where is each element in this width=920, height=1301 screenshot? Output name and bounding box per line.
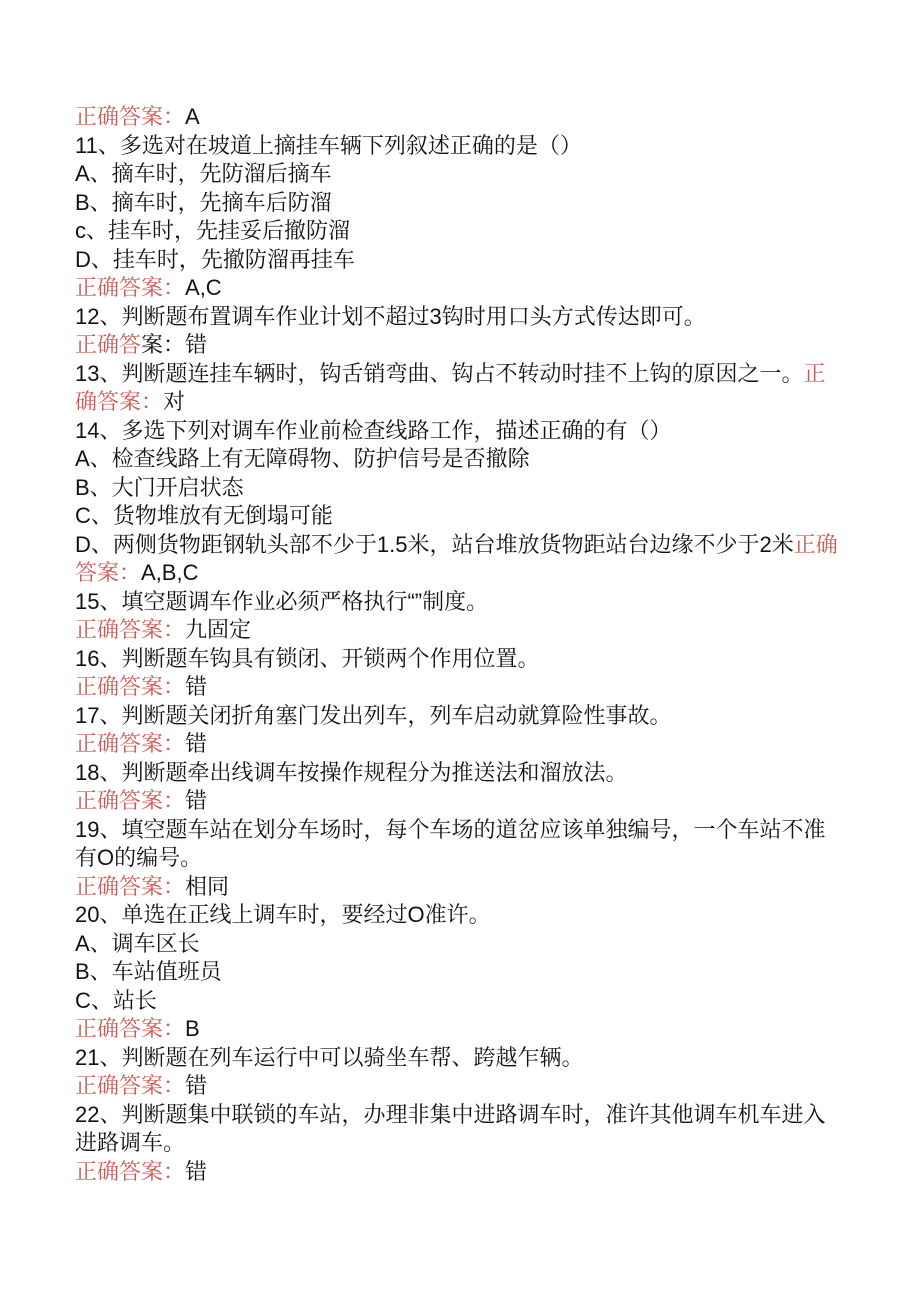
body-text: C、货物堆放有无倒塌可能 — [75, 503, 333, 528]
body-text: B — [185, 1016, 200, 1041]
body-text: 14、多选下列对调车作业前检查线路工作，描述正确的有（） — [75, 418, 671, 443]
question-list: 正确答案：A11、多选对在坡道上摘挂车辆下列叙述正确的是（）A、摘车时，先防溜后… — [75, 103, 838, 1186]
text-line: 正确答案：A — [75, 103, 838, 132]
text-line: 正确答案：错 — [75, 673, 838, 702]
text-line: 20、单选在正线上调车时，要经过O准许。 — [75, 901, 838, 930]
answer-label-text: 正确答案： — [75, 275, 185, 300]
body-text: D、挂车时，先撤防溜再挂车 — [75, 247, 355, 272]
body-text: A、检查线路上有无障碍物、防护信号是否撤除 — [75, 446, 530, 471]
text-line: c、挂车时，先挂妥后撤防溜 — [75, 217, 838, 246]
text-line: 正确答案：错 — [75, 787, 838, 816]
text-line: 17、判断题关闭折角塞门发出列车，列车启动就算险性事故。 — [75, 702, 838, 731]
answer-label-text: 正确答案： — [75, 104, 185, 129]
text-line: 正确答案：A,C — [75, 274, 838, 303]
text-line: 正确答案：九固定 — [75, 616, 838, 645]
text-line: A、摘车时，先防溜后摘车 — [75, 160, 838, 189]
text-line: 18、判断题牵出线调车按操作规程分为推送法和溜放法。 — [75, 759, 838, 788]
text-line: 13、判断题连挂车辆时，钩舌销弯曲、钩占不转动时挂不上钩的原因之一。正 — [75, 360, 838, 389]
answer-label-text: 正 — [803, 361, 825, 386]
body-text: A,C — [185, 275, 222, 300]
body-text: c、挂车时，先挂妥后撤防溜 — [75, 218, 350, 243]
body-text: D、两侧货物距钢轨头部不少于1.5米，站台堆放货物距站台边缘不少于2米 — [75, 532, 794, 557]
text-line: C、站长 — [75, 987, 838, 1016]
text-line: C、货物堆放有无倒塌可能 — [75, 502, 838, 531]
text-line: D、两侧货物距钢轨头部不少于1.5米，站台堆放货物距站台边缘不少于2米正确 — [75, 531, 838, 560]
text-line: 22、判断题集中联锁的车站，办理非集中进路调车时，准许其他调车机车进入 — [75, 1101, 838, 1130]
answer-label-text: 正确答案： — [75, 874, 185, 899]
body-text: B、车站值班员 — [75, 959, 222, 984]
body-text: 13、判断题连挂车辆时，钩舌销弯曲、钩占不转动时挂不上钩的原因之一。 — [75, 361, 803, 386]
body-text: 九固定 — [185, 617, 251, 642]
text-line: 答案：A,B,C — [75, 559, 838, 588]
text-line: 19、填空题车站在划分车场时，每个车场的道岔应该单独编号，一个车站不准 — [75, 816, 838, 845]
body-text: 相同 — [185, 874, 229, 899]
text-line: D、挂车时，先撤防溜再挂车 — [75, 246, 838, 275]
body-text: 有O的编号。 — [75, 845, 202, 870]
answer-label-text: 正确答 — [75, 332, 141, 357]
body-text: 案：错 — [141, 332, 207, 357]
text-line: 16、判断题车钩具有锁闭、开锁两个作用位置。 — [75, 645, 838, 674]
body-text: 19、填空题车站在划分车场时，每个车场的道岔应该单独编号，一个车站不准 — [75, 817, 825, 842]
text-line: 15、填空题调车作业必须严格执行“”制度。 — [75, 588, 838, 617]
text-line: 确答案：对 — [75, 388, 838, 417]
answer-label-text: 正确答案： — [75, 1159, 185, 1184]
answer-label-text: 正确答案： — [75, 617, 185, 642]
answer-label-text: 答案： — [75, 560, 141, 585]
body-text: 21、判断题在列车运行中可以骑坐车帮、跨越乍辆。 — [75, 1045, 583, 1070]
text-line: 正确答案：错 — [75, 730, 838, 759]
text-line: B、大门开启状态 — [75, 474, 838, 503]
text-line: 正确答案：相同 — [75, 873, 838, 902]
body-text: 错 — [185, 731, 207, 756]
text-line: B、摘车时，先摘车后防溜 — [75, 189, 838, 218]
text-line: A、调车区长 — [75, 930, 838, 959]
body-text: 11、多选对在坡道上摘挂车辆下列叙述正确的是（） — [75, 133, 582, 158]
body-text: A、调车区长 — [75, 931, 200, 956]
answer-label-text: 正确答案： — [75, 1073, 185, 1098]
answer-label-text: 正确答案： — [75, 731, 185, 756]
text-line: 正确答案：错 — [75, 1072, 838, 1101]
text-line: 正确答案：错 — [75, 1158, 838, 1187]
body-text: 错 — [185, 1073, 207, 1098]
body-text: 22、判断题集中联锁的车站，办理非集中进路调车时，准许其他调车机车进入 — [75, 1102, 825, 1127]
text-line: 正确答案：错 — [75, 331, 838, 360]
text-line: 11、多选对在坡道上摘挂车辆下列叙述正确的是（） — [75, 132, 838, 161]
text-line: A、检查线路上有无障碍物、防护信号是否撤除 — [75, 445, 838, 474]
body-text: C、站长 — [75, 988, 157, 1013]
body-text: 对 — [163, 389, 185, 414]
answer-label-text: 正确答案： — [75, 788, 185, 813]
body-text: 15、填空题调车作业必须严格执行“”制度。 — [75, 589, 488, 614]
text-line: 进路调车。 — [75, 1129, 838, 1158]
body-text: 18、判断题牵出线调车按操作规程分为推送法和溜放法。 — [75, 760, 627, 785]
body-text: A,B,C — [141, 560, 198, 585]
body-text: A、摘车时，先防溜后摘车 — [75, 161, 332, 186]
text-line: 正确答案：B — [75, 1015, 838, 1044]
answer-label-text: 正确答案： — [75, 674, 185, 699]
body-text: B、摘车时，先摘车后防溜 — [75, 190, 332, 215]
answer-label-text: 确答案： — [75, 389, 163, 414]
body-text: B、大门开启状态 — [75, 475, 244, 500]
text-line: 12、判断题布置调车作业计划不超过3钩时用口头方式传达即可。 — [75, 303, 838, 332]
text-line: 21、判断题在列车运行中可以骑坐车帮、跨越乍辆。 — [75, 1044, 838, 1073]
body-text: 12、判断题布置调车作业计划不超过3钩时用口头方式传达即可。 — [75, 304, 706, 329]
body-text: 20、单选在正线上调车时，要经过O准许。 — [75, 902, 491, 927]
body-text: 16、判断题车钩具有锁闭、开锁两个作用位置。 — [75, 646, 539, 671]
body-text: A — [185, 104, 200, 129]
body-text: 错 — [185, 788, 207, 813]
answer-label-text: 正确 — [794, 532, 838, 557]
answer-label-text: 正确答案： — [75, 1016, 185, 1041]
body-text: 错 — [185, 1159, 207, 1184]
text-line: B、车站值班员 — [75, 958, 838, 987]
text-line: 有O的编号。 — [75, 844, 838, 873]
body-text: 错 — [185, 674, 207, 699]
body-text: 17、判断题关闭折角塞门发出列车，列车启动就算险性事故。 — [75, 703, 671, 728]
text-line: 14、多选下列对调车作业前检查线路工作，描述正确的有（） — [75, 417, 838, 446]
body-text: 进路调车。 — [75, 1130, 185, 1155]
